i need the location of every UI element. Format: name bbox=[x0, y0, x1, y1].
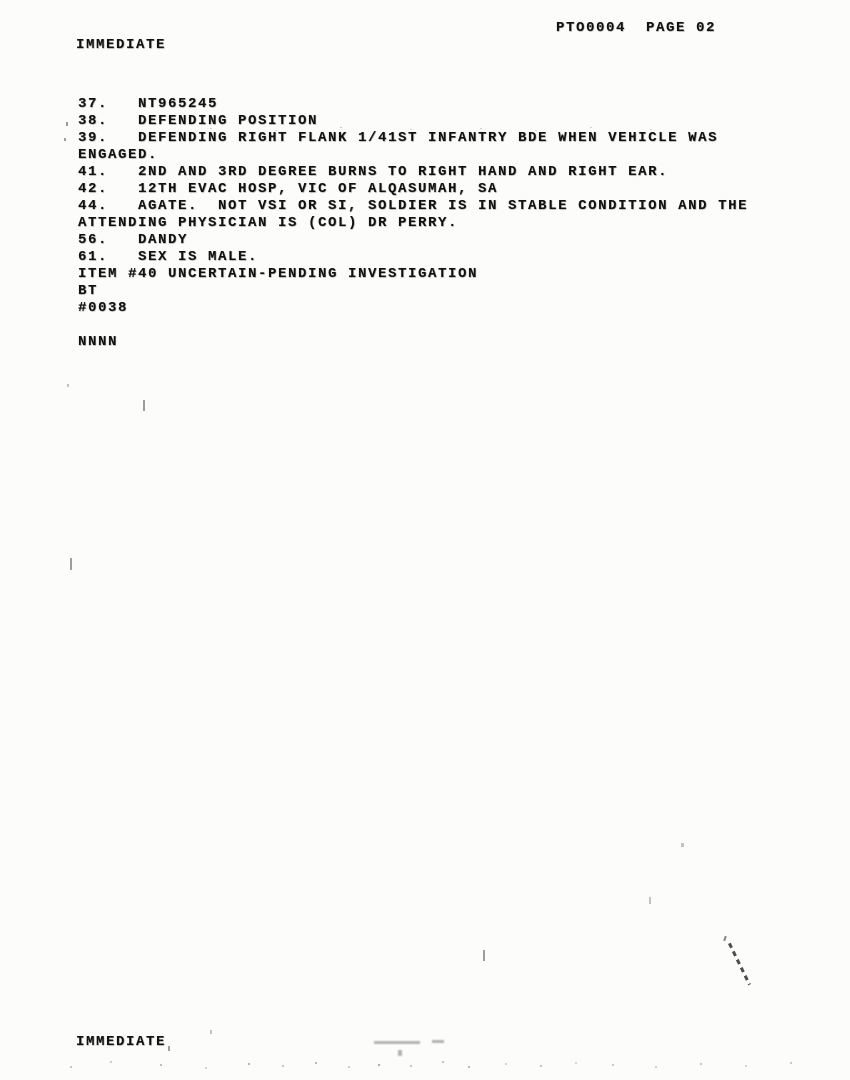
body-line: 39. DEFENDING RIGHT FLANK 1/41ST INFANTR… bbox=[78, 130, 748, 147]
scan-artifact-comma bbox=[168, 1046, 170, 1051]
scan-artifact-edge-noise bbox=[0, 1063, 2, 1065]
scan-artifact-comma bbox=[66, 122, 68, 126]
body-line: 38. DEFENDING POSITION bbox=[78, 113, 748, 130]
page-header: PTO0004 PAGE 02 bbox=[556, 20, 716, 36]
page-number-label: PAGE 02 bbox=[646, 20, 716, 36]
scan-artifact-pen-tick bbox=[723, 936, 727, 941]
scan-artifact-speck bbox=[67, 384, 69, 387]
body-line: ENGAGED. bbox=[78, 147, 748, 164]
scan-artifact-smudge bbox=[398, 1050, 402, 1056]
scan-artifact-speck-row bbox=[180, 128, 182, 129]
body-line: ITEM #40 UNCERTAIN-PENDING INVESTIGATION bbox=[78, 266, 748, 283]
body-line: ATTENDING PHYSICIAN IS (COL) DR PERRY. bbox=[78, 215, 748, 232]
body-line: 37. NT965245 bbox=[78, 96, 748, 113]
scan-artifact-speck bbox=[681, 843, 684, 847]
scan-artifact-smudge bbox=[374, 1041, 420, 1044]
scan-artifact-speck bbox=[649, 897, 651, 904]
scan-artifact-smudge bbox=[432, 1040, 444, 1043]
message-body: 37. NT965245 38. DEFENDING POSITION 39. … bbox=[78, 96, 748, 351]
message-reference: PTO0004 bbox=[556, 20, 626, 36]
body-line: 56. DANDY bbox=[78, 232, 748, 249]
body-line: 61. SEX IS MALE. bbox=[78, 249, 748, 266]
body-line: 41. 2ND AND 3RD DEGREE BURNS TO RIGHT HA… bbox=[78, 164, 748, 181]
scan-artifact-speck bbox=[210, 1030, 212, 1034]
scanned-message-page: PTO0004 PAGE 02 IMMEDIATE 37. NT965245 3… bbox=[0, 0, 850, 1080]
scan-artifact-tick bbox=[483, 950, 485, 961]
body-line: 42. 12TH EVAC HOSP, VIC OF ALQASUMAH, SA bbox=[78, 181, 748, 198]
body-line: 44. AGATE. NOT VSI OR SI, SOLDIER IS IN … bbox=[78, 198, 748, 215]
body-line: BT bbox=[78, 283, 748, 300]
scan-artifact-tick bbox=[143, 400, 145, 411]
scan-artifact-tick bbox=[70, 558, 72, 570]
body-line: #0038 bbox=[78, 300, 748, 317]
body-line-blank bbox=[78, 317, 748, 334]
precedence-marking-bottom: IMMEDIATE bbox=[76, 1034, 166, 1050]
scan-artifact-speck bbox=[64, 138, 66, 141]
end-of-message-marker: NNNN bbox=[78, 334, 748, 351]
precedence-marking-top: IMMEDIATE bbox=[76, 37, 166, 53]
scan-artifact-pen-stroke bbox=[728, 943, 751, 986]
